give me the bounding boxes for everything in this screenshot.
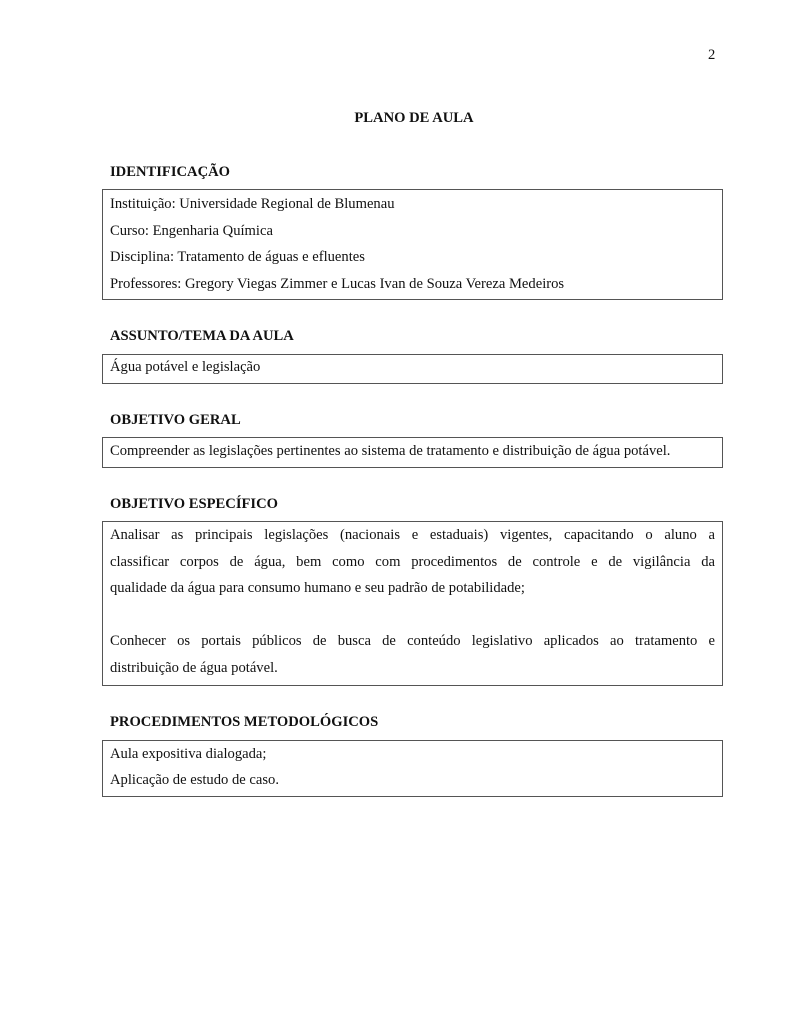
procedimentos-box: Aula expositiva dialogada; Aplicação de …: [102, 740, 723, 797]
identificacao-box: Instituição: Universidade Regional de Bl…: [102, 189, 723, 300]
document-title: PLANO DE AULA: [0, 110, 791, 127]
heading-objetivo-especifico: OBJETIVO ESPECÍFICO: [110, 496, 278, 513]
procedimento-item-2: Aplicação de estudo de caso.: [110, 767, 715, 793]
procedimento-item-1: Aula expositiva dialogada;: [110, 741, 715, 767]
curso-line: Curso: Engenharia Química: [110, 218, 715, 245]
objetivo-especifico-box: Analisar as principais legislações (naci…: [102, 521, 723, 686]
heading-assunto: ASSUNTO/TEMA DA AULA: [110, 328, 294, 345]
objetivo-especifico-p1-line1: Analisar as principais legislações (naci…: [110, 522, 715, 549]
heading-identificacao: IDENTIFICAÇÃO: [110, 164, 230, 181]
assunto-box: Água potável e legislação: [102, 354, 723, 384]
paragraph-spacer: [110, 602, 715, 629]
heading-procedimentos: PROCEDIMENTOS METODOLÓGICOS: [110, 714, 378, 731]
objetivo-especifico-p2-line1: Conhecer os portais públicos de busca de…: [110, 628, 715, 655]
professores-line: Professores: Gregory Viegas Zimmer e Luc…: [110, 271, 715, 298]
objetivo-geral-text: Compreender as legislações pertinentes a…: [110, 438, 715, 465]
objetivo-especifico-p1-line2: classificar corpos de água, bem como com…: [110, 549, 715, 576]
page-number: 2: [708, 47, 715, 64]
disciplina-line: Disciplina: Tratamento de águas e efluen…: [110, 244, 715, 271]
assunto-text: Água potável e legislação: [110, 355, 715, 381]
instituicao-line: Instituição: Universidade Regional de Bl…: [110, 191, 715, 218]
objetivo-especifico-p1-line3: qualidade da água para consumo humano e …: [110, 575, 715, 602]
objetivo-especifico-p2-line2: distribuição de água potável.: [110, 655, 715, 682]
objetivo-geral-box: Compreender as legislações pertinentes a…: [102, 437, 723, 468]
heading-objetivo-geral: OBJETIVO GERAL: [110, 412, 241, 429]
